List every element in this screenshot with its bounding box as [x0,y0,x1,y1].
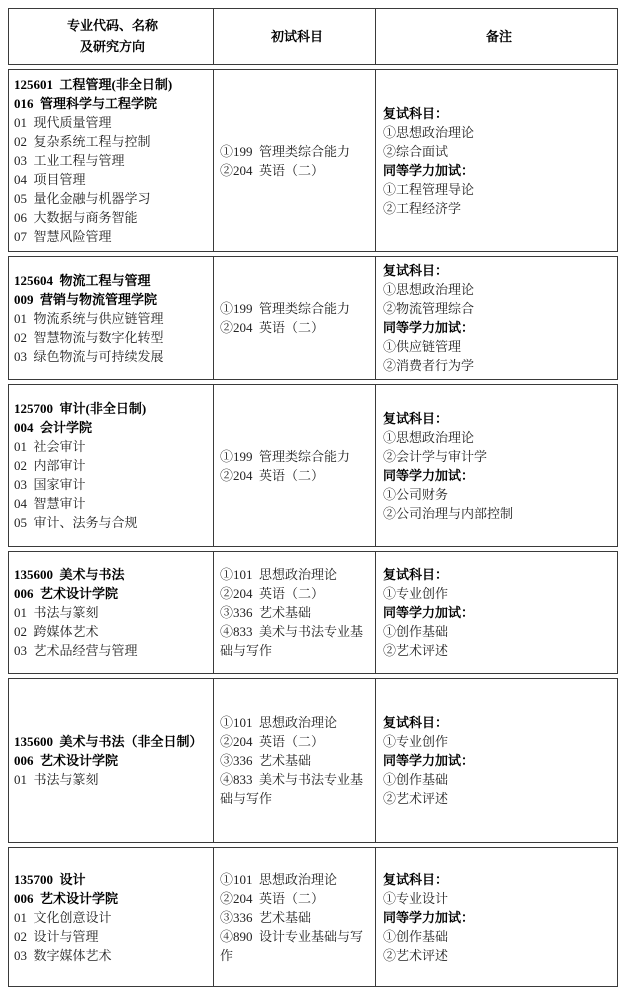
table-row: 125700 审计(非全日制)004 会计学院01 社会审计02 内部审计03 … [8,384,618,547]
text-line: 03 工业工程与管理 [14,151,211,170]
text-line: ①思想政治理论 [383,428,615,447]
text-line: 01 现代质量管理 [14,113,211,132]
text-line: ②物流管理综合 [383,299,615,318]
bold-text-line: 135700 设计 [14,870,211,889]
bold-text-line: 125601 工程管理(非全日制) [14,75,211,94]
text-line: 02 复杂系统工程与控制 [14,132,211,151]
text-line: ①思想政治理论 [383,123,615,142]
text-line: ②艺术评述 [383,789,615,808]
subjects-cell: ①199 管理类综合能力②204 英语（二） [213,385,376,546]
text-line: ②204 英语（二） [220,584,374,603]
bold-text-line: 同等学力加试： [383,751,615,770]
bold-text-line: 复试科目： [383,565,615,584]
text-line: 04 项目管理 [14,170,211,189]
text-line: ①专业创作 [383,584,615,603]
header-remarks-label: 备注 [486,28,512,46]
bold-text-line: 006 艺术设计学院 [14,751,211,770]
text-line: ④833 美术与书法专业基础与写作 [220,622,374,660]
header-program-line2: 及研究方向 [80,38,145,56]
text-line: 03 数字媒体艺术 [14,946,211,965]
bold-text-line: 复试科目： [383,104,615,123]
text-line: 03 国家审计 [14,475,211,494]
text-line: 06 大数据与商务智能 [14,208,211,227]
program-cell: 125604 物流工程与管理009 营销与物流管理学院01 物流系统与供应链管理… [9,257,213,379]
page: 专业代码、名称 及研究方向 初试科目 备注 125601 工程管理(非全日制)0… [0,0,625,994]
subjects-cell: ①199 管理类综合能力②204 英语（二） [213,257,376,379]
bold-text-line: 复试科目： [383,261,615,280]
program-cell: 125700 审计(非全日制)004 会计学院01 社会审计02 内部审计03 … [9,385,213,546]
text-line: ①创作基础 [383,770,615,789]
text-line: ①创作基础 [383,927,615,946]
text-line: ①供应链管理 [383,337,615,356]
text-line: 02 智慧物流与数字化转型 [14,328,211,347]
text-line: 03 艺术品经营与管理 [14,641,211,660]
bold-text-line: 同等学力加试： [383,908,615,927]
text-line: 01 书法与篆刻 [14,770,211,789]
bold-text-line: 同等学力加试： [383,466,615,485]
header-cell-remarks: 备注 [376,9,617,64]
header-subjects-label: 初试科目 [271,28,323,46]
text-line: ②204 英语（二） [220,161,374,180]
text-line: ①199 管理类综合能力 [220,142,374,161]
text-line: ②艺术评述 [383,641,615,660]
table-row: 125601 工程管理(非全日制)016 管理科学与工程学院01 现代质量管理0… [8,69,618,252]
text-line: ②204 英语（二） [220,889,374,908]
admissions-table: 专业代码、名称 及研究方向 初试科目 备注 125601 工程管理(非全日制)0… [8,8,618,991]
text-line: ②消费者行为学 [383,356,615,375]
text-line: ②公司治理与内部控制 [383,504,615,523]
text-line: ④890 设计专业基础与写作 [220,927,374,965]
table-row: 135600 美术与书法（非全日制）006 艺术设计学院01 书法与篆刻 ①10… [8,678,618,843]
text-line: ②会计学与审计学 [383,447,615,466]
program-cell: 135600 美术与书法006 艺术设计学院01 书法与篆刻02 跨媒体艺术03… [9,552,213,673]
text-line: ③336 艺术基础 [220,908,374,927]
text-line: 02 跨媒体艺术 [14,622,211,641]
program-cell: 135600 美术与书法（非全日制）006 艺术设计学院01 书法与篆刻 [9,679,213,842]
bold-text-line: 同等学力加试： [383,161,615,180]
header-cell-program: 专业代码、名称 及研究方向 [9,9,213,64]
bold-text-line: 125604 物流工程与管理 [14,271,211,290]
bold-text-line: 004 会计学院 [14,418,211,437]
text-line: ①公司财务 [383,485,615,504]
text-line: ①思想政治理论 [383,280,615,299]
text-line: ①101 思想政治理论 [220,713,374,732]
text-line: ③336 艺术基础 [220,603,374,622]
text-line: ①101 思想政治理论 [220,565,374,584]
text-line: ②204 英语（二） [220,732,374,751]
text-line: ①101 思想政治理论 [220,870,374,889]
text-line: ①专业创作 [383,732,615,751]
table-header-row: 专业代码、名称 及研究方向 初试科目 备注 [8,8,618,65]
remarks-cell: 复试科目：①思想政治理论②物流管理综合同等学力加试：①供应链管理②消费者行为学 [376,257,617,379]
text-line: ①199 管理类综合能力 [220,447,374,466]
text-line: 05 量化金融与机器学习 [14,189,211,208]
bold-text-line: 125700 审计(非全日制) [14,399,211,418]
subjects-cell: ①101 思想政治理论②204 英语（二）③336 艺术基础④890 设计专业基… [213,848,376,986]
text-line: 02 内部审计 [14,456,211,475]
program-cell: 125601 工程管理(非全日制)016 管理科学与工程学院01 现代质量管理0… [9,70,213,251]
text-line: ①专业设计 [383,889,615,908]
table-row: 135600 美术与书法006 艺术设计学院01 书法与篆刻02 跨媒体艺术03… [8,551,618,674]
text-line: 04 智慧审计 [14,494,211,513]
bold-text-line: 复试科目： [383,713,615,732]
table-row: 135700 设计006 艺术设计学院01 文化创意设计02 设计与管理03 数… [8,847,618,987]
text-line: 05 审计、法务与合规 [14,513,211,532]
remarks-cell: 复试科目：①思想政治理论②会计学与审计学同等学力加试：①公司财务②公司治理与内部… [376,385,617,546]
text-line: ①工程管理导论 [383,180,615,199]
text-line: 01 物流系统与供应链管理 [14,309,211,328]
bold-text-line: 135600 美术与书法 [14,565,211,584]
bold-text-line: 同等学力加试： [383,318,615,337]
program-cell: 135700 设计006 艺术设计学院01 文化创意设计02 设计与管理03 数… [9,848,213,986]
remarks-cell: 复试科目：①专业设计同等学力加试：①创作基础②艺术评述 [376,848,617,986]
text-line: ①创作基础 [383,622,615,641]
text-line: ④833 美术与书法专业基础与写作 [220,770,374,808]
text-line: 01 书法与篆刻 [14,603,211,622]
bold-text-line: 复试科目： [383,870,615,889]
remarks-cell: 复试科目：①专业创作同等学力加试：①创作基础②艺术评述 [376,552,617,673]
remarks-cell: 复试科目：①专业创作同等学力加试：①创作基础②艺术评述 [376,679,617,842]
bold-text-line: 006 艺术设计学院 [14,889,211,908]
text-line: ②综合面试 [383,142,615,161]
text-line: 03 绿色物流与可持续发展 [14,347,211,366]
table-body: 125601 工程管理(非全日制)016 管理科学与工程学院01 现代质量管理0… [8,69,618,987]
subjects-cell: ①101 思想政治理论②204 英语（二）③336 艺术基础④833 美术与书法… [213,552,376,673]
text-line: ③336 艺术基础 [220,751,374,770]
text-line: 01 文化创意设计 [14,908,211,927]
text-line: ②204 英语（二） [220,466,374,485]
text-line: ②204 英语（二） [220,318,374,337]
remarks-cell: 复试科目：①思想政治理论②综合面试同等学力加试：①工程管理导论②工程经济学 [376,70,617,251]
bold-text-line: 135600 美术与书法（非全日制） [14,732,211,751]
bold-text-line: 复试科目： [383,409,615,428]
subjects-cell: ①199 管理类综合能力②204 英语（二） [213,70,376,251]
text-line: 07 智慧风险管理 [14,227,211,246]
header-program-line1: 专业代码、名称 [67,17,158,35]
text-line: 01 社会审计 [14,437,211,456]
table-row: 125604 物流工程与管理009 营销与物流管理学院01 物流系统与供应链管理… [8,256,618,380]
text-line: ②艺术评述 [383,946,615,965]
bold-text-line: 同等学力加试： [383,603,615,622]
text-line: 02 设计与管理 [14,927,211,946]
bold-text-line: 006 艺术设计学院 [14,584,211,603]
header-cell-subjects: 初试科目 [213,9,376,64]
bold-text-line: 016 管理科学与工程学院 [14,94,211,113]
text-line: ①199 管理类综合能力 [220,299,374,318]
bold-text-line: 009 营销与物流管理学院 [14,290,211,309]
subjects-cell: ①101 思想政治理论②204 英语（二）③336 艺术基础④833 美术与书法… [213,679,376,842]
text-line: ②工程经济学 [383,199,615,218]
